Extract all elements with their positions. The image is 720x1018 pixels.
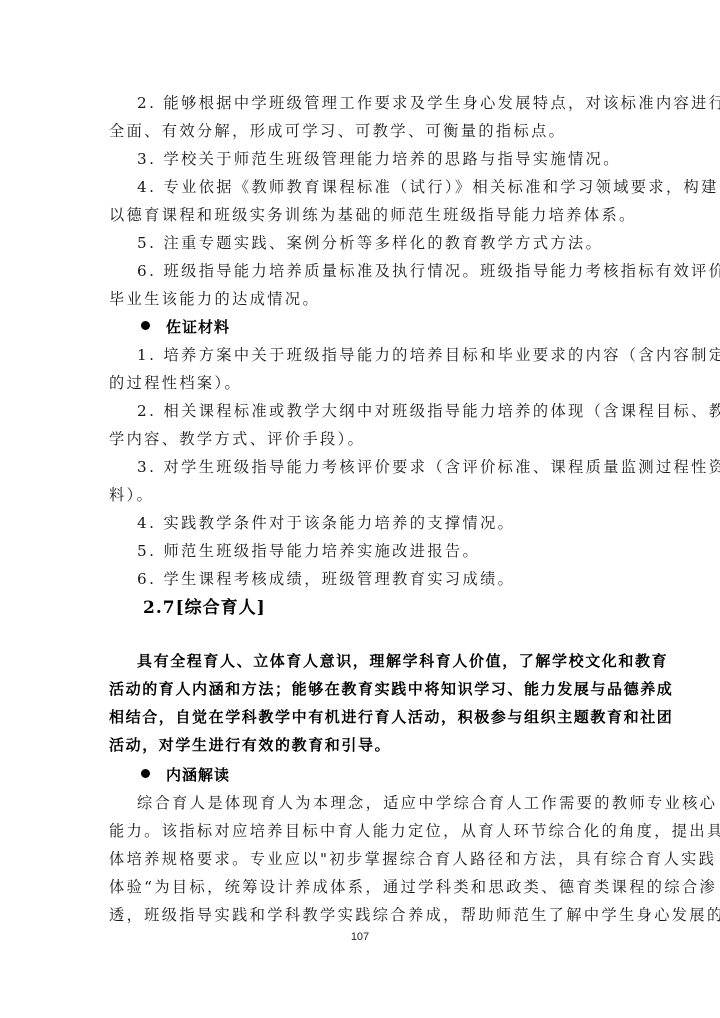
section-heading: 2.7[综合育人] [143,597,266,619]
bullet-dot-icon [141,769,150,778]
bold-paragraph-line: 活动，对学生进行有效的教育和引导。 [109,735,611,755]
document-page: 2. 能够根据中学班级管理工作要求及学生身心发展特点，对该标准内容进行 全面、有… [0,0,720,1018]
paragraph-line: 透，班级指导实践和学科教学实践综合养成，帮助师范生了解中学生身心发展的 [109,905,611,925]
paragraph-line: 全面、有效分解，形成可学习、可教学、可衡量的指标点。 [109,121,611,141]
bullet-label: 佐证材料 [166,318,230,336]
paragraph-line: 1. 培养方案中关于班级指导能力的培养目标和毕业要求的内容（含内容制定 [137,345,611,365]
paragraph-line: 毕业生该能力的达成情况。 [109,289,611,309]
paragraph-line: 综合育人是体现育人为本理念，适应中学综合育人工作需要的教师专业核心 [137,793,611,813]
bullet-dot-icon [141,321,150,330]
bold-paragraph-line: 具有全程育人、立体育人意识，理解学科育人价值，了解学校文化和教育 [137,651,611,671]
paragraph-line: 4. 实践教学条件对于该条能力培养的支撑情况。 [137,513,611,533]
paragraph-line: 5. 注重专题实践、案例分析等多样化的教育教学方式方法。 [137,233,611,253]
bullet-heading-interpretation: 内涵解读 [141,765,230,785]
paragraph-line: 能力。该指标对应培养目标中育人能力定位，从育人环节综合化的角度，提出具 [109,821,611,841]
bullet-heading-evidence: 佐证材料 [141,317,230,337]
paragraph-line: 6. 学生课程考核成绩，班级管理教育实习成绩。 [137,569,611,589]
paragraph-line: 6. 班级指导能力培养质量标准及执行情况。班级指导能力考核指标有效评价 [137,261,611,281]
paragraph-line: 4. 专业依据《教师教育课程标准（试行）》相关标准和学习领域要求，构建 [137,177,611,197]
bold-paragraph-line: 活动的育人内涵和方法；能够在教育实践中将知识学习、能力发展与品德养成 [109,679,611,699]
bullet-label: 内涵解读 [166,766,230,784]
paragraph-line: 3. 学校关于师范生班级管理能力培养的思路与指导实施情况。 [137,149,611,169]
paragraph-line: 的过程性档案）。 [109,373,611,393]
paragraph-line: 体培养规格要求。专业应以"初步掌握综合育人路径和方法，具有综合育人实践 [109,849,611,869]
paragraph-line: 2. 相关课程标准或教学大纲中对班级指导能力培养的体现（含课程目标、教 [137,401,611,421]
paragraph-line: 体验“为目标，统筹设计养成体系，通过学科类和思政类、德育类课程的综合渗 [109,877,611,897]
paragraph-line: 料）。 [109,485,611,505]
page-number: 107 [0,931,720,943]
paragraph-line: 以德育课程和班级实务训练为基础的师范生班级指导能力培养体系。 [109,205,611,225]
bold-paragraph-line: 相结合，自觉在学科教学中有机进行育人活动，积极参与组织主题教育和社团 [109,707,611,727]
paragraph-line: 2. 能够根据中学班级管理工作要求及学生身心发展特点，对该标准内容进行 [137,93,611,113]
paragraph-line: 学内容、教学方式、评价手段）。 [109,429,611,449]
paragraph-line: 5. 师范生班级指导能力培养实施改进报告。 [137,541,611,561]
paragraph-line: 3. 对学生班级指导能力考核评价要求（含评价标准、课程质量监测过程性资 [137,457,611,477]
